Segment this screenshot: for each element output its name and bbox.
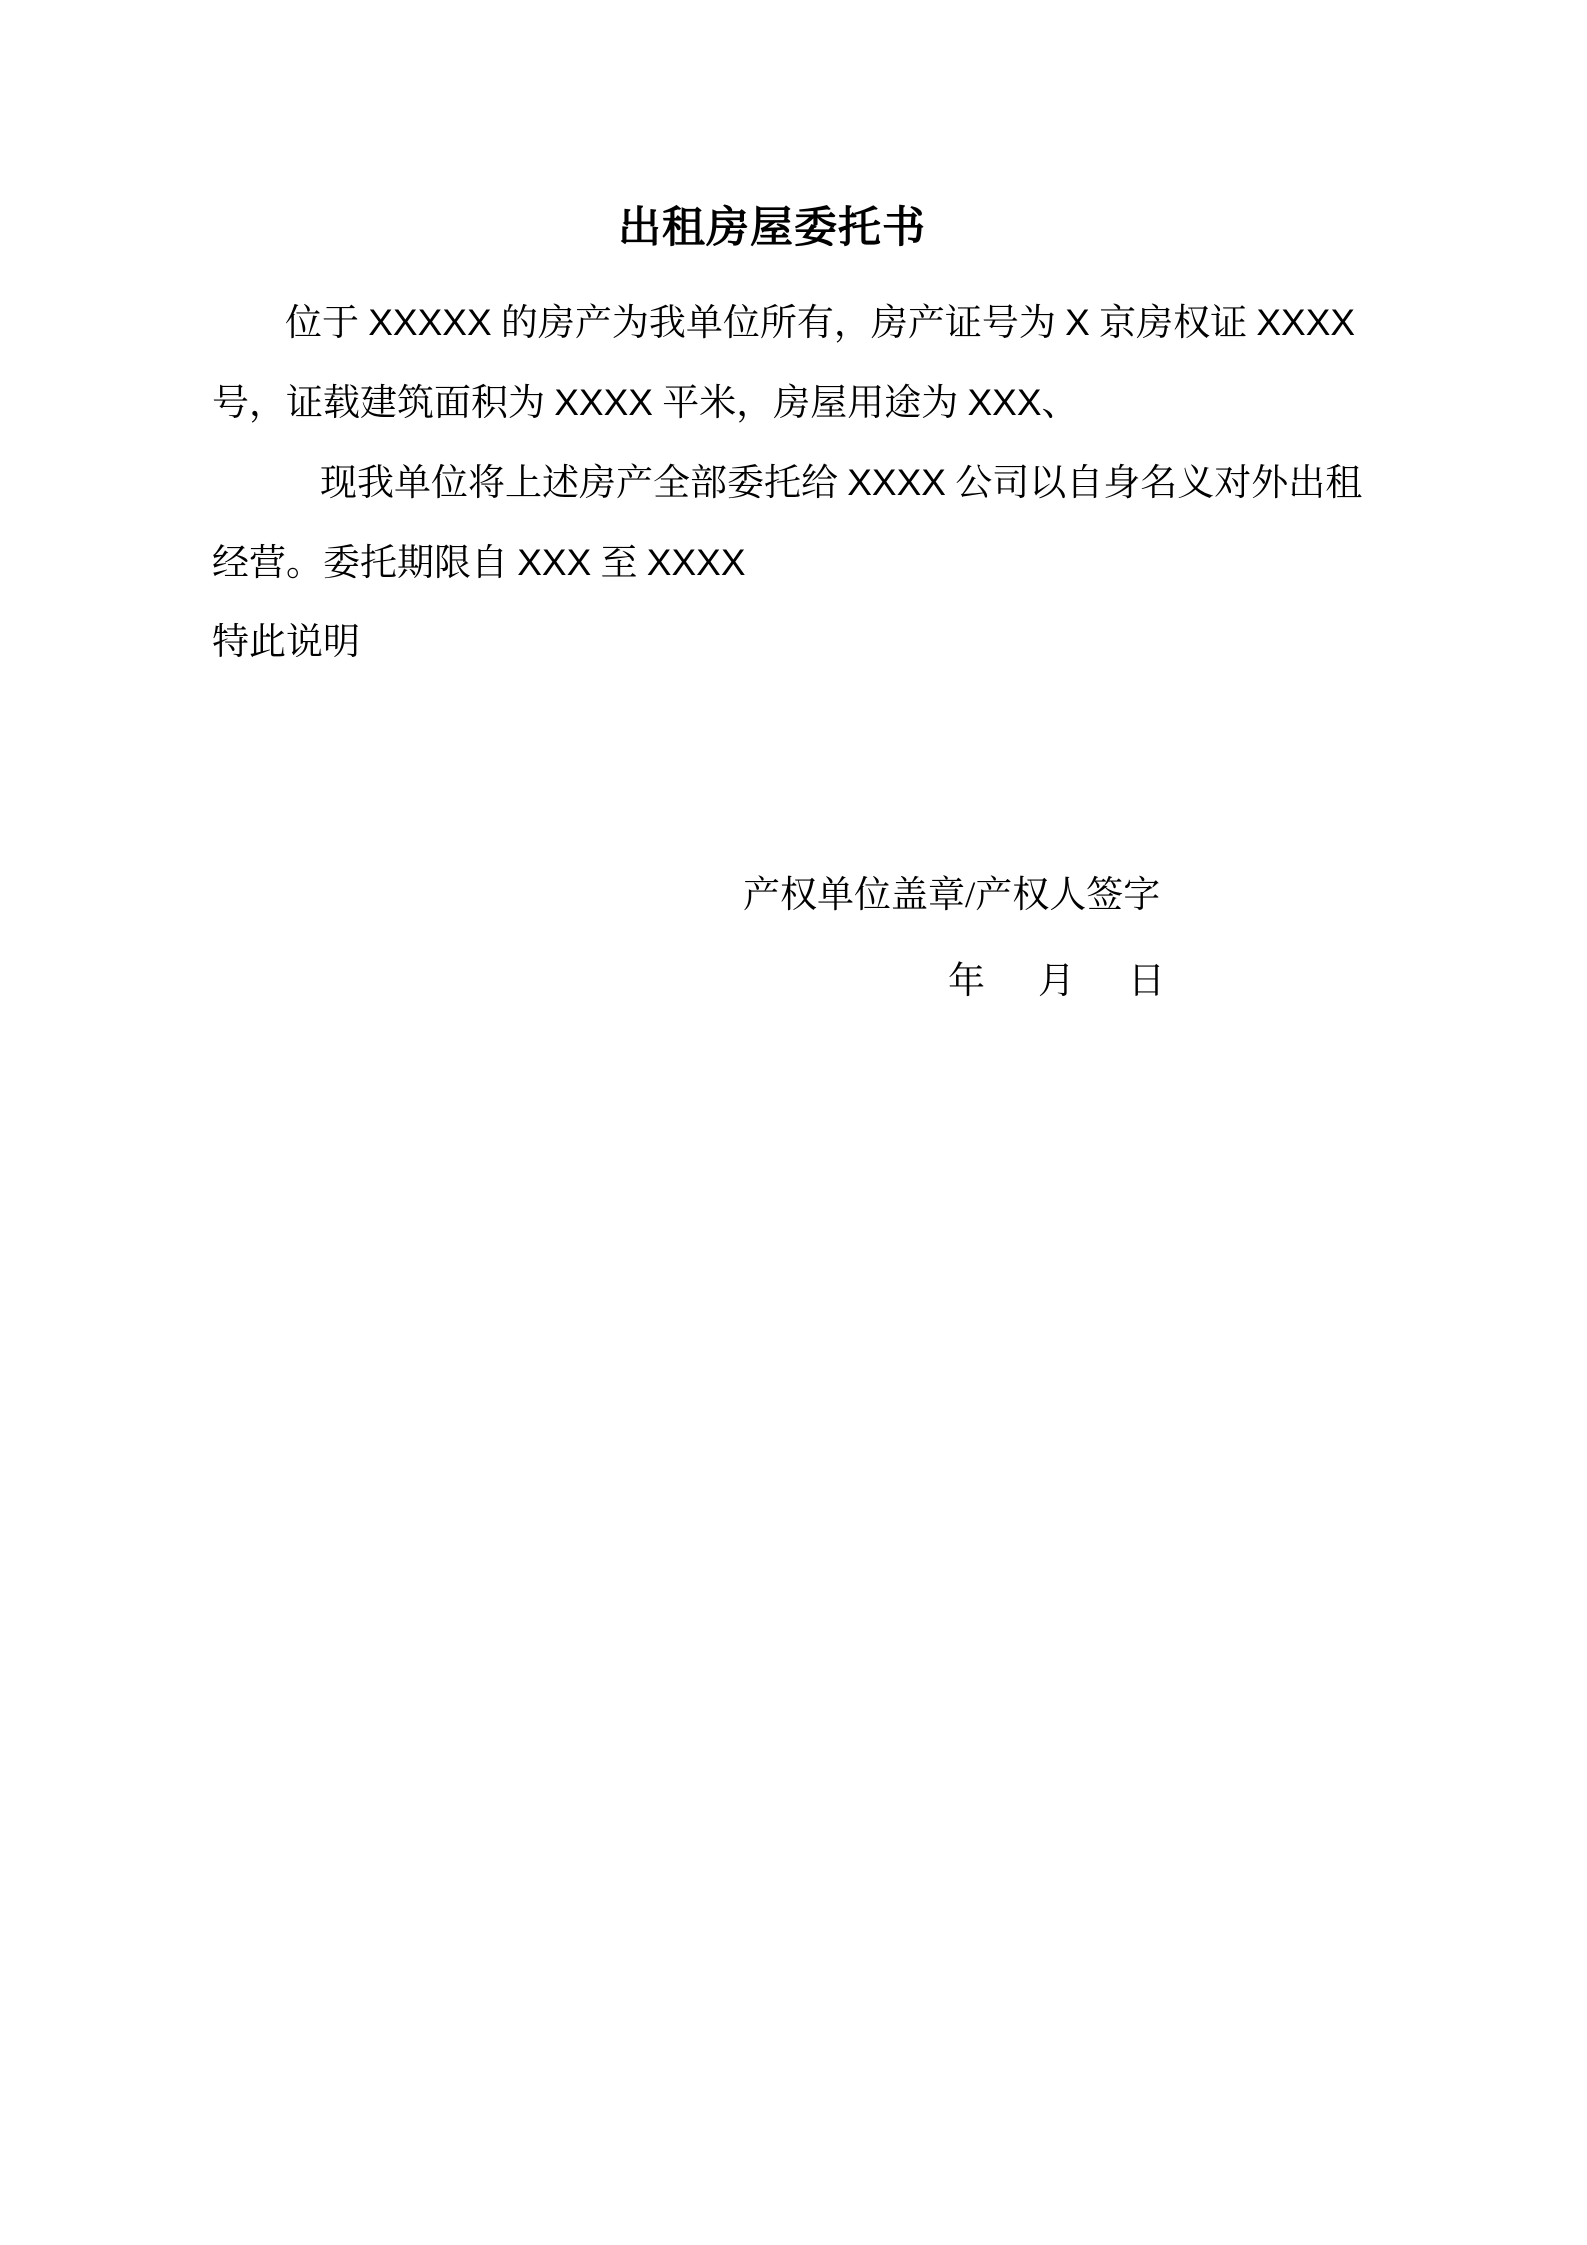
body-line-1: 位于 XXXXX 的房产为我单位所有，房产证号为 X 京房权证 XXXX [212,283,1332,363]
document-title: 出租房屋委托书 [212,204,1332,253]
document-content: 出租房屋委托书 位于 XXXXX 的房产为我单位所有，房产证号为 X 京房权证 … [212,0,1332,1022]
date-line: 年 月 日 [212,942,1332,1022]
body-line-3: 现我单位将上述房产全部委托给 XXXX 公司以自身名义对外出租 [212,443,1332,523]
body-line-5: 特此说明 [212,603,1332,683]
body-line-2: 号，证载建筑面积为 XXXX 平米，房屋用途为 XXX、 [212,363,1332,443]
document-body: 位于 XXXXX 的房产为我单位所有，房产证号为 X 京房权证 XXXX 号，证… [212,283,1332,683]
signature-line: 产权单位盖章/产权人签字 [212,856,1332,936]
body-line-4: 经营。委托期限自 XXX 至 XXXX [212,523,1332,603]
document-page: 出租房屋委托书 位于 XXXXX 的房产为我单位所有，房产证号为 X 京房权证 … [0,0,1587,2245]
